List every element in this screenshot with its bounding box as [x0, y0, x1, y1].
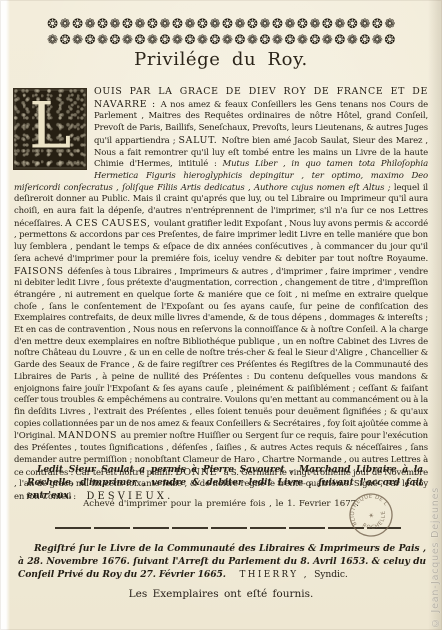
- registration-note: Regiſtré ſur le Livre de la Communauté d…: [18, 542, 426, 583]
- text-segment-caps: A CES CAUSES,: [65, 218, 154, 229]
- text-segment-rroman: Syndic.: [314, 569, 348, 580]
- text-segment-caps: SALUT.: [179, 135, 222, 146]
- text-segment-caps: MANDONS: [58, 430, 121, 441]
- stamp-star-icon: ✶: [367, 511, 377, 521]
- text-segment-caps: FAISONS: [14, 266, 68, 277]
- text-segment-normal: défenſes à tous Libraires , Imprimeurs &…: [14, 267, 428, 442]
- ornament-row-bottom: ❁❂❁❂❁❂❁❂❁❂❁❂❁❂❁❂❁❂❁❂❁❂❁❂❁❂❁❂: [14, 33, 430, 49]
- library-stamp: BIBLIOTHEQUE DE LA ROCHELLE ✶: [334, 484, 408, 550]
- dropcap-initial-block: L: [14, 89, 86, 169]
- dropcap-letter: L: [29, 94, 71, 158]
- closing-line: Les Exemplaires ont eſté fournis.: [0, 588, 442, 600]
- privilege-body-text: L OUIS PAR LA GRACE DE DIEV ROY DE FRANC…: [14, 86, 428, 504]
- text-segment-ritalic: Regiſtré ſur le Livre de la Communauté d…: [18, 543, 426, 580]
- ornament-row-top: ❂❁❂❁❂❁❂❁❂❁❂❁❂❁❂❁❂❁❂❁❂❁❂❁❂❁❂❁: [14, 17, 430, 33]
- header-ornament-band: ❂❁❂❁❂❁❂❁❂❁❂❁❂❁❂❁❂❁❂❁❂❁❂❁❂❁❂❁ ❁❂❁❂❁❂❁❂❁❂❁…: [14, 17, 430, 49]
- svg-text:ROCHELLE: ROCHELLE: [360, 507, 394, 537]
- text-segment-rcaps: THIERRY ,: [239, 570, 314, 580]
- stamp-arc-bottom-text: ROCHELLE: [360, 507, 394, 537]
- copyright-watermark: © Jean-Jacques Dejeunes: [430, 487, 441, 628]
- scanned-document-page: ❂❁❂❁❂❁❂❁❂❁❂❁❂❁❂❁❂❁❂❁❂❁❂❁❂❁❂❁ ❁❂❁❂❁❂❁❂❁❂❁…: [0, 0, 442, 630]
- page-title: Privilége du Roy.: [0, 49, 442, 70]
